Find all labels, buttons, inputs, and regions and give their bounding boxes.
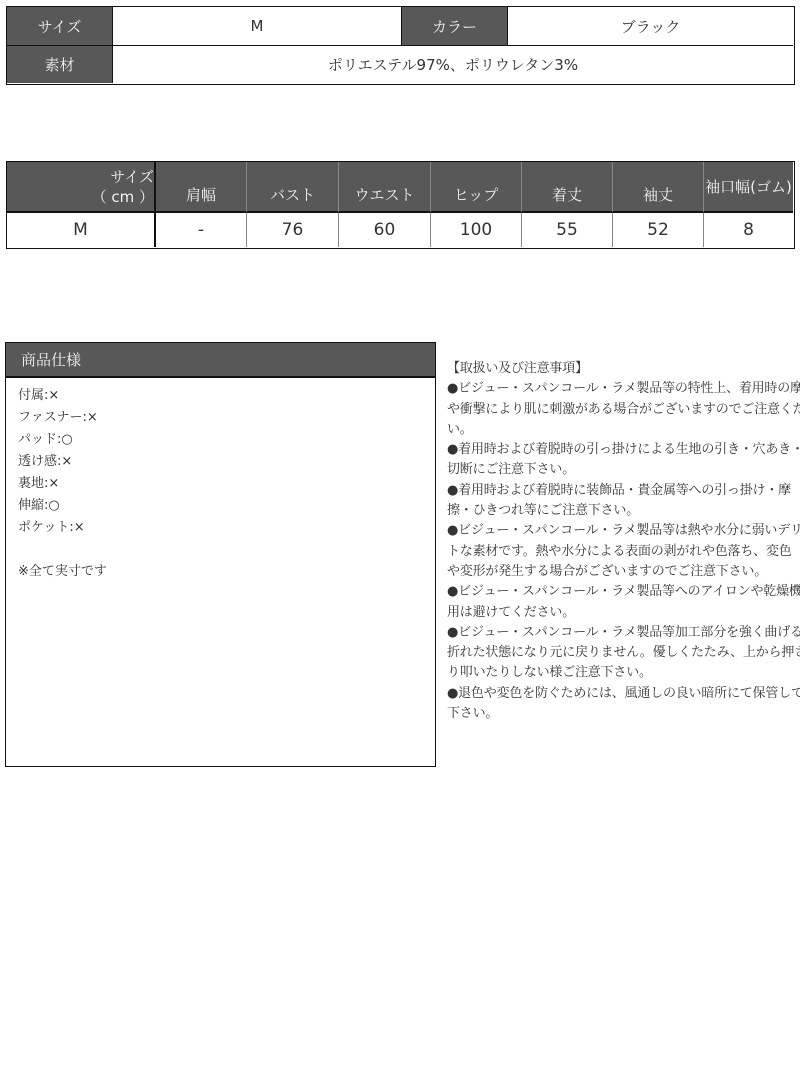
care-note-line: 擦・ひきつれ等にご注意下さい。 <box>447 501 795 521</box>
care-note-line: 用は避けてください。 <box>447 603 795 623</box>
care-note-line: や衝撃により肌に刺激がある場合がございますのでご注意くださ <box>447 400 795 420</box>
header-size-line2: （ cm ） <box>92 187 154 207</box>
size-table-cell: 76 <box>247 213 339 247</box>
care-note-line: トな素材です。熱や水分による表面の剥がれや色落ち、変色 <box>447 542 795 562</box>
spec-note: ※全て実寸です <box>18 560 107 579</box>
color-value: ブラック <box>508 7 793 46</box>
size-table-header-shoulder: 肩幅 <box>156 162 247 213</box>
color-label: カラー <box>401 7 508 46</box>
care-note-line: ●ビジュー・スパンコール・ラメ製品等加工部分を強く曲げると <box>447 623 795 643</box>
care-note-line: い。 <box>447 420 795 440</box>
product-spec-box: 商品仕様 付属:× ファスナー:× パッド:○ 透け感:× 裏地:× 伸縮:○ … <box>5 342 436 767</box>
size-table-cell: 52 <box>613 213 704 247</box>
care-note-line: 切断にご注意下さい。 <box>447 460 795 480</box>
size-value: M <box>113 7 401 46</box>
size-table-header-length: 着丈 <box>522 162 613 213</box>
size-table-cell: 60 <box>339 213 431 247</box>
header-size-line1: サイズ <box>110 167 154 187</box>
size-table-header-hip: ヒップ <box>431 162 522 213</box>
care-note-line: り叩いたりしない様ご注意下さい。 <box>447 663 795 683</box>
size-table-cell: - <box>156 213 247 247</box>
size-table-cell: 55 <box>522 213 613 247</box>
care-note-line: ●退色や変色を防ぐためには、風通しの良い暗所にて保管して <box>447 684 795 704</box>
spec-item: 裏地:× <box>18 473 98 495</box>
spec-item: ポケット:× <box>18 517 98 539</box>
spec-item: 付属:× <box>18 385 98 407</box>
size-table-header-sleeve: 袖丈 <box>613 162 704 213</box>
care-notes-title: 【取扱い及び注意事項】 <box>447 359 795 379</box>
size-table-header-bust: バスト <box>247 162 339 213</box>
size-table-cell: 8 <box>704 213 793 247</box>
care-note-line: や変形が発生する場合がございますのでご注意下さい。 <box>447 562 795 582</box>
size-table-header-cuff: 袖口幅(ゴム) <box>704 162 793 213</box>
size-table-cell: 100 <box>431 213 522 247</box>
size-table: サイズ （ cm ） 肩幅 バスト ウエスト ヒップ 着丈 袖丈 袖口幅(ゴム)… <box>6 161 795 249</box>
material-value: ポリエステル97%、ポリウレタン3% <box>113 46 793 83</box>
care-notes: 【取扱い及び注意事項】 ●ビジュー・スパンコール・ラメ製品等の特性上、着用時の摩… <box>447 359 795 724</box>
care-note-line: ●着用時および着脱時に装飾品・貴金属等への引っ掛け・摩 <box>447 481 795 501</box>
spec-title: 商品仕様 <box>6 343 435 378</box>
care-note-line: ●着用時および着脱時の引っ掛けによる生地の引き・穴あき・ <box>447 440 795 460</box>
size-label: サイズ <box>7 7 113 46</box>
size-table-cell: M <box>7 213 156 247</box>
spec-item: 伸縮:○ <box>18 495 98 517</box>
spec-item: パッド:○ <box>18 429 98 451</box>
product-info-table: サイズ M カラー ブラック 素材 ポリエステル97%、ポリウレタン3% <box>6 6 795 85</box>
spec-item: ファスナー:× <box>18 407 98 429</box>
spec-list: 付属:× ファスナー:× パッド:○ 透け感:× 裏地:× 伸縮:○ ポケット:… <box>18 385 98 539</box>
material-label: 素材 <box>7 46 113 83</box>
size-table-header-size: サイズ （ cm ） <box>7 162 156 213</box>
care-note-line: ●ビジュー・スパンコール・ラメ製品等は熱や水分に弱いデリケー <box>447 521 795 541</box>
spec-item: 透け感:× <box>18 451 98 473</box>
care-note-line: 下さい。 <box>447 704 795 724</box>
care-note-line: 折れた状態になり元に戻りません。優しくたたみ、上から押さえた <box>447 643 795 663</box>
size-table-header-waist: ウエスト <box>339 162 431 213</box>
care-note-line: ●ビジュー・スパンコール・ラメ製品等へのアイロンや乾燥機の使 <box>447 582 795 602</box>
care-note-line: ●ビジュー・スパンコール・ラメ製品等の特性上、着用時の摩擦 <box>447 379 795 399</box>
